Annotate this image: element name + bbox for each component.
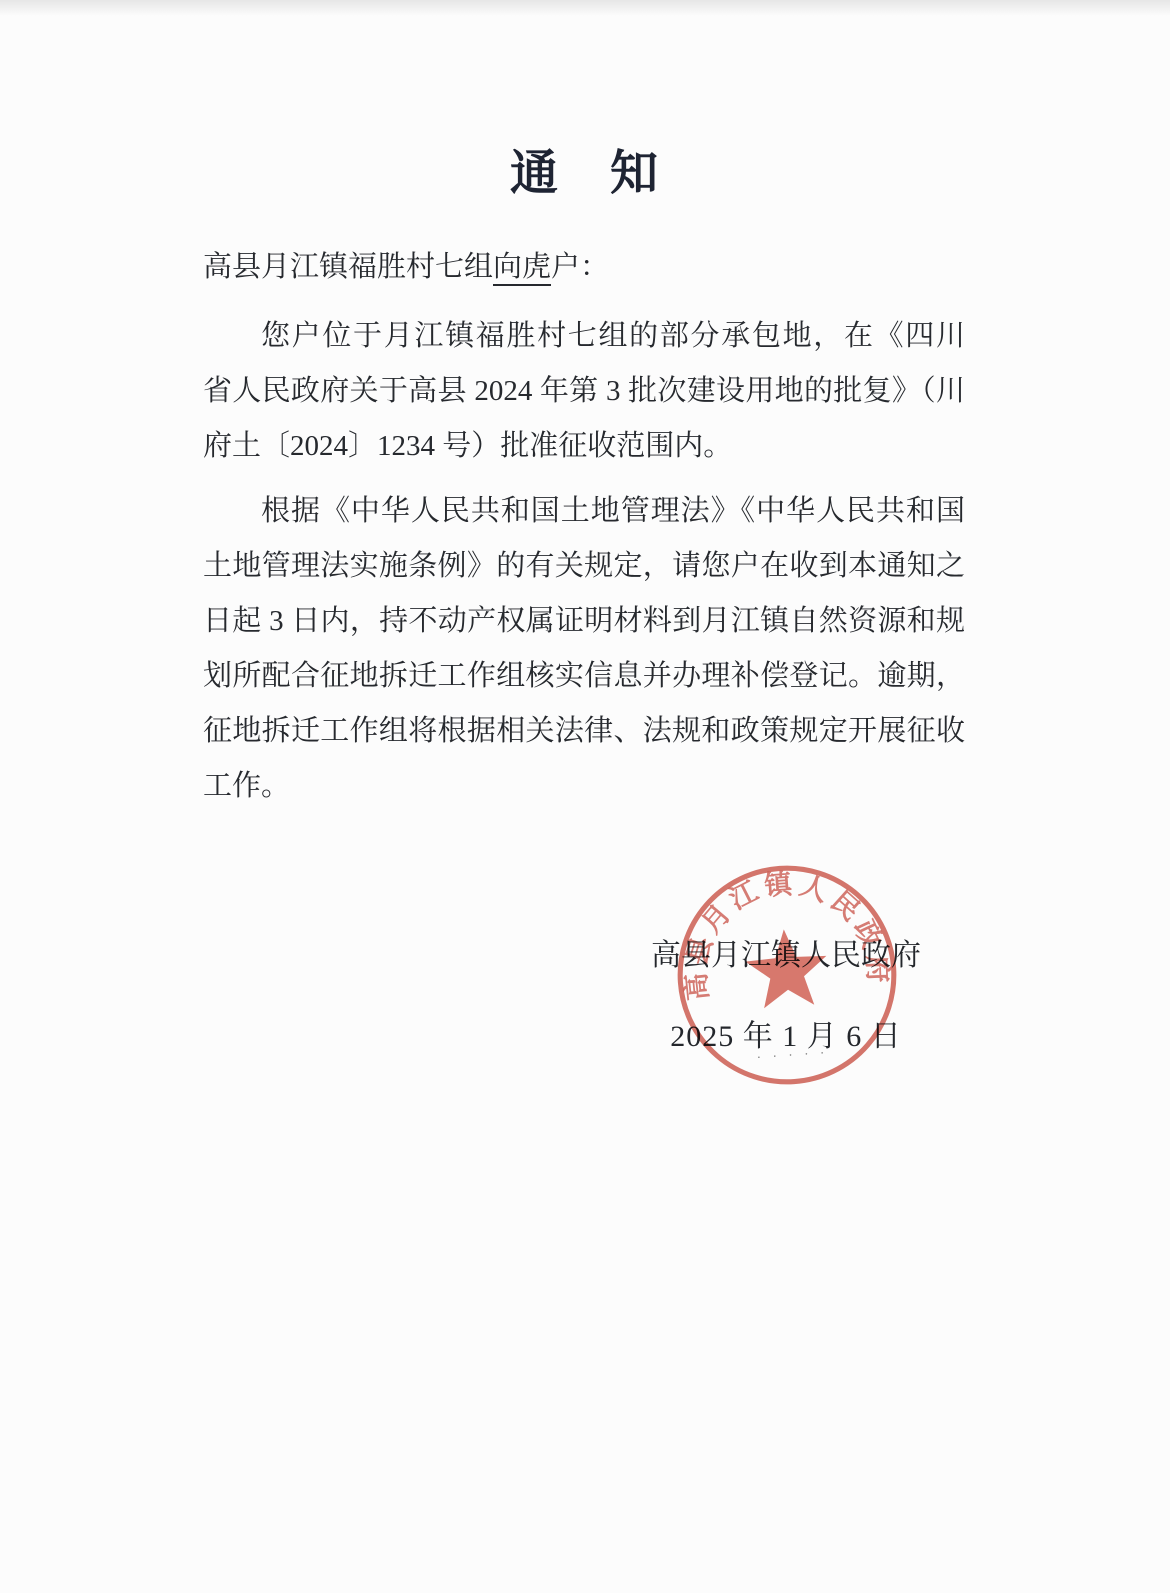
body-line: 工作。 [203, 759, 965, 814]
seal-star-icon [743, 926, 829, 1009]
body-line: 您户位于月江镇福胜村七组的部分承包地，在《四川 [203, 309, 965, 364]
body-line: 征地拆迁工作组将根据相关法律、法规和政策规定开展征收 [203, 704, 965, 759]
salutation-suffix: 户： [551, 251, 609, 283]
seal-code-dots: · · · · · [756, 1045, 829, 1065]
body-line: 省人民政府关于高县 2024 年第 3 批次建设用地的批复》（川 [203, 364, 965, 419]
paragraph-2: 根据《中华人民共和国土地管理法》《中华人民共和国 土地管理法实施条例》的有关规定… [203, 484, 965, 814]
document-body: 高县月江镇福胜村七组向虎户： 您户位于月江镇福胜村七组的部分承包地，在《四川 省… [203, 240, 965, 814]
body-line: 日起 3 日内，持不动产权属证明材料到月江镇自然资源和规 [203, 594, 965, 649]
official-seal: 高县月江镇人民政府 · · · · · [662, 850, 912, 1100]
body-line: 划所配合征地拆迁工作组核实信息并办理补偿登记。逾期， [203, 649, 965, 704]
body-line: 府土〔2024〕1234 号）批准征收范围内。 [203, 419, 965, 474]
body-line: 土地管理法实施条例》的有关规定，请您户在收到本通知之 [203, 539, 965, 594]
recipient-name-underlined: 向虎 [493, 251, 551, 286]
paragraph-1: 您户位于月江镇福胜村七组的部分承包地，在《四川 省人民政府关于高县 2024 年… [203, 309, 965, 474]
scan-edge-shading [0, 0, 1170, 16]
body-line: 根据《中华人民共和国土地管理法》《中华人民共和国 [203, 484, 965, 539]
salutation-prefix: 高县月江镇福胜村七组 [203, 251, 493, 283]
salutation-line: 高县月江镇福胜村七组向虎户： [203, 240, 965, 295]
notice-document: 通 知 高县月江镇福胜村七组向虎户： 您户位于月江镇福胜村七组的部分承包地，在《… [0, 0, 1170, 1593]
document-title: 通 知 [0, 146, 1170, 201]
